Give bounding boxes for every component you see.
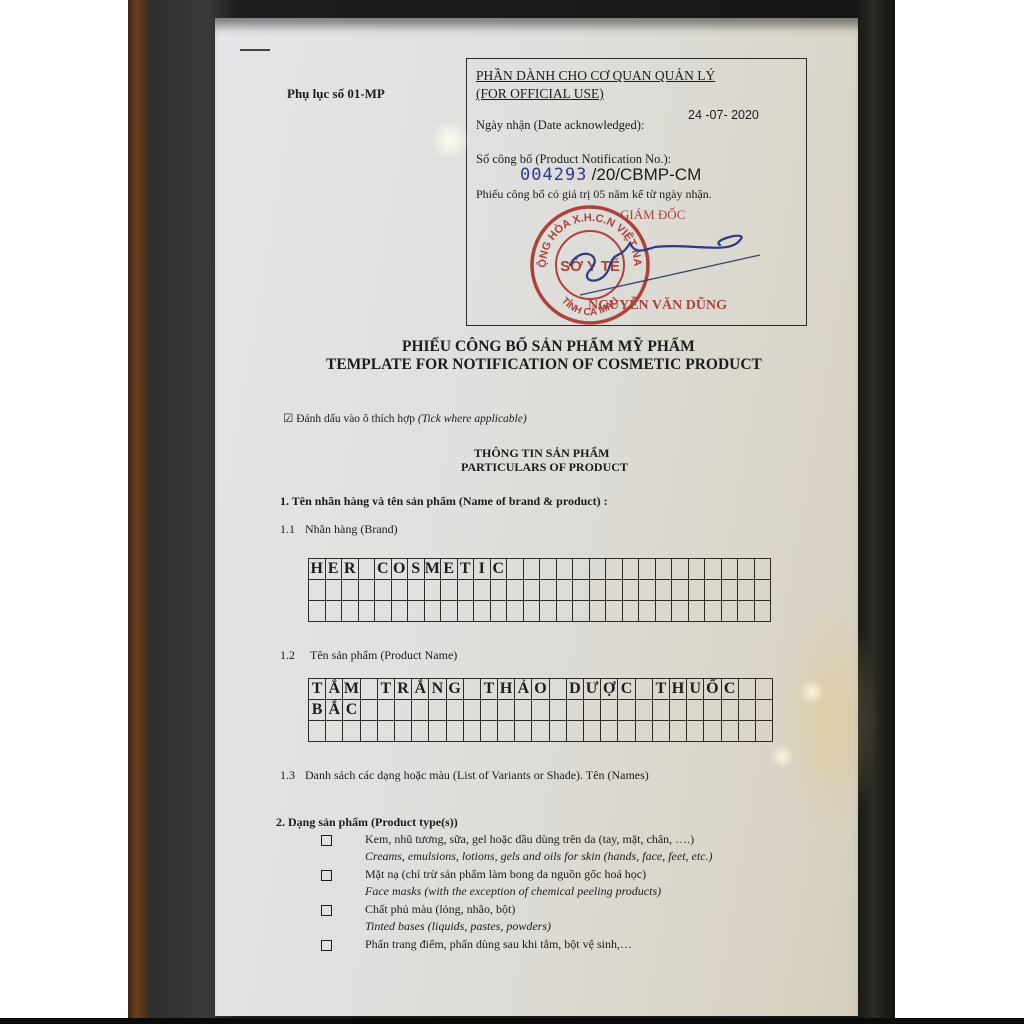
- grid-cell[interactable]: R: [342, 559, 359, 580]
- grid-cell[interactable]: [498, 700, 515, 721]
- grid-cell[interactable]: [480, 700, 497, 721]
- grid-cell[interactable]: [358, 601, 375, 622]
- grid-cell[interactable]: [705, 580, 722, 601]
- grid-cell[interactable]: B: [309, 700, 326, 721]
- grid-cell[interactable]: [622, 601, 639, 622]
- grid-cell[interactable]: [566, 700, 583, 721]
- grid-cell[interactable]: Ợ: [601, 679, 618, 700]
- bottom-border: [0, 1018, 1024, 1024]
- grid-cell[interactable]: [408, 580, 425, 601]
- grid-cell[interactable]: [754, 601, 771, 622]
- grid-cell[interactable]: C: [343, 700, 360, 721]
- grid-cell[interactable]: [704, 700, 721, 721]
- grid-cell[interactable]: M: [343, 679, 360, 700]
- grid-cell[interactable]: [490, 580, 507, 601]
- grid-cell[interactable]: Ắ: [326, 679, 343, 700]
- grid-cell[interactable]: R: [394, 679, 411, 700]
- grid-cell[interactable]: [429, 700, 446, 721]
- product-type-label-vi: Kem, nhũ tương, sữa, gel hoặc dầu dùng t…: [365, 832, 694, 847]
- grid-cell[interactable]: [391, 580, 408, 601]
- grid-cell[interactable]: [343, 721, 360, 742]
- grid-cell[interactable]: [687, 721, 704, 742]
- grid-cell[interactable]: Ắ: [326, 700, 343, 721]
- grid-cell[interactable]: Ắ: [412, 679, 429, 700]
- grid-cell[interactable]: C: [490, 559, 507, 580]
- grid-cell[interactable]: H: [498, 679, 515, 700]
- grid-cell[interactable]: [532, 700, 549, 721]
- grid-cell[interactable]: [652, 700, 669, 721]
- grid-cell[interactable]: [601, 700, 618, 721]
- grid-cell[interactable]: [556, 559, 573, 580]
- grid-cell[interactable]: [669, 721, 686, 742]
- grid-cell[interactable]: [755, 679, 772, 700]
- grid-cell[interactable]: [325, 580, 342, 601]
- official-heading-en: (FOR OFFICIAL USE): [476, 86, 604, 102]
- grid-cell[interactable]: [441, 580, 458, 601]
- grid-cell[interactable]: Ả: [515, 679, 532, 700]
- grid-cell[interactable]: [589, 601, 606, 622]
- grid-cell[interactable]: [532, 721, 549, 742]
- grid-cell[interactable]: [738, 721, 755, 742]
- grid-cell[interactable]: [704, 721, 721, 742]
- grid-cell[interactable]: O: [532, 679, 549, 700]
- grid-cell[interactable]: [738, 700, 755, 721]
- grid-cell[interactable]: T: [309, 679, 326, 700]
- title-en: TEMPLATE FOR NOTIFICATION OF COSMETIC PR…: [326, 356, 762, 374]
- official-heading-vi: PHẦN DÀNH CHO CƠ QUAN QUẢN LÝ: [476, 68, 715, 84]
- product-type-label-en: Face masks (with the exception of chemic…: [365, 884, 661, 899]
- product-type-label-en: Creams, emulsions, lotions, gels and oil…: [365, 849, 713, 864]
- tick-instruction: ☑ Đánh dấu vào ô thích hợp (Tick where a…: [283, 411, 527, 425]
- grid-cell[interactable]: [490, 601, 507, 622]
- grid-cell[interactable]: [523, 559, 540, 580]
- header-dash: [240, 49, 270, 51]
- grid-cell[interactable]: [655, 601, 672, 622]
- grid-cell[interactable]: U: [687, 679, 704, 700]
- grid-cell[interactable]: H: [309, 559, 326, 580]
- grid-cell[interactable]: [540, 580, 557, 601]
- grid-cell[interactable]: [424, 580, 441, 601]
- grid-cell[interactable]: Ố: [704, 679, 721, 700]
- grid-row: [309, 601, 771, 622]
- grid-cell[interactable]: [754, 580, 771, 601]
- grid-cell[interactable]: [606, 559, 623, 580]
- tick-instruction-vi: Đánh dấu vào ô thích hợp: [296, 413, 415, 425]
- variants-label-number: 1.3: [280, 768, 295, 783]
- grid-cell[interactable]: [556, 580, 573, 601]
- grid-cell[interactable]: [672, 601, 689, 622]
- grid-cell[interactable]: [639, 580, 656, 601]
- grid-cell[interactable]: I: [474, 559, 491, 580]
- grid-cell[interactable]: [480, 721, 497, 742]
- grid-cell[interactable]: [326, 721, 343, 742]
- grid-cell[interactable]: [360, 679, 377, 700]
- grid-cell[interactable]: [446, 700, 463, 721]
- grid-cell[interactable]: H: [669, 679, 686, 700]
- grid-cell[interactable]: [635, 721, 652, 742]
- product-type-label-vi: Chất phủ màu (lỏng, nhão, bột): [365, 902, 515, 917]
- grid-cell[interactable]: [549, 721, 566, 742]
- grid-cell[interactable]: [635, 679, 652, 700]
- grid-cell[interactable]: M: [424, 559, 441, 580]
- grid-row: [309, 580, 771, 601]
- grid-cell[interactable]: [325, 601, 342, 622]
- grid-cell[interactable]: [441, 601, 458, 622]
- grid-cell[interactable]: [408, 601, 425, 622]
- grid-cell[interactable]: [589, 580, 606, 601]
- grid-cell[interactable]: [622, 580, 639, 601]
- grid-cell[interactable]: Ư: [584, 679, 601, 700]
- grid-cell[interactable]: S: [408, 559, 425, 580]
- grid-cell[interactable]: [688, 601, 705, 622]
- variants-label: Danh sách các dạng hoặc màu (List of Var…: [305, 768, 649, 783]
- grid-cell[interactable]: [556, 601, 573, 622]
- grid-cell[interactable]: [358, 580, 375, 601]
- grid-cell[interactable]: [507, 580, 524, 601]
- grid-cell[interactable]: N: [429, 679, 446, 700]
- signature: [560, 225, 800, 305]
- grid-cell[interactable]: [705, 559, 722, 580]
- product-type-checkbox[interactable]: [321, 940, 332, 951]
- grid-cell[interactable]: C: [618, 679, 635, 700]
- grid-cell[interactable]: G: [446, 679, 463, 700]
- grid-cell[interactable]: C: [721, 679, 738, 700]
- grid-cell[interactable]: [360, 721, 377, 742]
- grid-cell[interactable]: [474, 580, 491, 601]
- grid-cell[interactable]: [721, 601, 738, 622]
- grid-cell[interactable]: [754, 559, 771, 580]
- grid-cell[interactable]: [463, 721, 480, 742]
- product-type-label-vi: Mặt nạ (chỉ trừ sản phẩm làm bong da ngu…: [365, 867, 646, 882]
- grid-cell[interactable]: C: [375, 559, 392, 580]
- grid-cell[interactable]: [601, 721, 618, 742]
- grid-cell[interactable]: [498, 721, 515, 742]
- grid-cell[interactable]: [391, 601, 408, 622]
- grid-cell[interactable]: [622, 559, 639, 580]
- grid-cell[interactable]: [606, 580, 623, 601]
- grid-cell[interactable]: [584, 721, 601, 742]
- grid-cell[interactable]: [721, 721, 738, 742]
- grid-cell[interactable]: [429, 721, 446, 742]
- grid-cell[interactable]: [738, 559, 755, 580]
- grid-row: TẮMTRẮNGTHẢODƯỢCTHUỐC: [309, 679, 773, 700]
- grid-row: BẮC: [309, 700, 773, 721]
- particulars-heading-en: PARTICULARS OF PRODUCT: [461, 460, 628, 475]
- grid-cell[interactable]: [738, 679, 755, 700]
- grid-cell[interactable]: [412, 700, 429, 721]
- grid-cell[interactable]: [507, 601, 524, 622]
- particulars-heading-vi: THÔNG TIN SẢN PHẨM: [474, 446, 609, 461]
- notification-number: 004293 /20/CBMP-CM: [520, 165, 701, 185]
- grid-cell[interactable]: [412, 721, 429, 742]
- appendix-label: Phụ lục số 01-MP: [287, 86, 385, 102]
- grid-cell[interactable]: [672, 559, 689, 580]
- grid-cell[interactable]: [540, 559, 557, 580]
- grid-cell[interactable]: [618, 700, 635, 721]
- notification-number-suffix: /20/CBMP-CM: [592, 165, 702, 184]
- grid-cell[interactable]: [738, 580, 755, 601]
- grid-cell[interactable]: [515, 721, 532, 742]
- grid-cell[interactable]: [573, 580, 590, 601]
- grid-cell[interactable]: [573, 601, 590, 622]
- grid-cell[interactable]: [721, 700, 738, 721]
- section-1-heading: 1. Tên nhãn hàng và tên sản phẩm (Name o…: [280, 494, 608, 509]
- product-type-label-vi: Phấn trang điểm, phấn dùng sau khi tắm, …: [365, 937, 632, 952]
- grid-cell[interactable]: [688, 559, 705, 580]
- validity-note: Phiếu công bố có giá trị 05 năm kể từ ng…: [476, 187, 712, 202]
- grid-cell[interactable]: [549, 679, 566, 700]
- grid-cell[interactable]: [457, 580, 474, 601]
- grid-cell[interactable]: E: [441, 559, 458, 580]
- grid-cell[interactable]: [463, 679, 480, 700]
- grid-cell[interactable]: [424, 601, 441, 622]
- grid-cell[interactable]: T: [377, 679, 394, 700]
- grid-cell[interactable]: [309, 601, 326, 622]
- grid-cell[interactable]: [463, 700, 480, 721]
- product-type-checkbox[interactable]: [321, 905, 332, 916]
- grid-cell[interactable]: [394, 700, 411, 721]
- grid-cell[interactable]: [573, 559, 590, 580]
- product-name-label: Tên sản phẩm (Product Name): [310, 648, 457, 663]
- grid-cell[interactable]: [446, 721, 463, 742]
- grid-cell[interactable]: [309, 721, 326, 742]
- grid-cell[interactable]: [652, 721, 669, 742]
- grid-cell[interactable]: [474, 601, 491, 622]
- grid-row: HERCOSMETIC: [309, 559, 771, 580]
- grid-cell[interactable]: [358, 559, 375, 580]
- grid-cell[interactable]: [566, 721, 583, 742]
- grid-cell[interactable]: [515, 700, 532, 721]
- grid-cell[interactable]: [755, 700, 772, 721]
- grid-cell[interactable]: [457, 601, 474, 622]
- product-name-input-grid[interactable]: TẮMTRẮNGTHẢODƯỢCTHUỐCBẮC: [308, 678, 773, 742]
- grid-cell[interactable]: [540, 601, 557, 622]
- grid-cell[interactable]: [721, 580, 738, 601]
- product-type-checkbox[interactable]: [321, 835, 332, 846]
- brand-label: Nhãn hàng (Brand): [305, 522, 398, 537]
- grid-cell[interactable]: [721, 559, 738, 580]
- grid-cell[interactable]: [584, 700, 601, 721]
- grid-cell[interactable]: [755, 721, 772, 742]
- grid-cell[interactable]: [523, 601, 540, 622]
- grid-cell[interactable]: [687, 700, 704, 721]
- product-type-label-en: Tinted bases (liquids, pastes, powders): [365, 919, 551, 934]
- grid-cell[interactable]: [360, 700, 377, 721]
- grid-cell[interactable]: [589, 559, 606, 580]
- grid-cell[interactable]: [635, 700, 652, 721]
- grid-cell[interactable]: [309, 580, 326, 601]
- grid-cell[interactable]: [639, 601, 656, 622]
- grid-cell[interactable]: [375, 580, 392, 601]
- brand-label-number: 1.1: [280, 522, 295, 537]
- notification-number-value: 004293: [520, 165, 587, 185]
- grid-cell[interactable]: [523, 580, 540, 601]
- grid-cell[interactable]: [672, 580, 689, 601]
- grid-cell[interactable]: [549, 700, 566, 721]
- grid-cell[interactable]: T: [457, 559, 474, 580]
- date-acknowledged-value: 24 -07- 2020: [688, 108, 759, 122]
- grid-cell[interactable]: T: [652, 679, 669, 700]
- grid-cell[interactable]: [342, 580, 359, 601]
- grid-cell[interactable]: D: [566, 679, 583, 700]
- grid-cell[interactable]: [705, 601, 722, 622]
- brand-input-grid[interactable]: HERCOSMETIC: [308, 558, 771, 622]
- title-vi: PHIẾU CÔNG BỐ SẢN PHẨM MỸ PHẨM: [402, 338, 695, 356]
- tick-instruction-en: (Tick where applicable): [418, 413, 527, 425]
- section-2-heading: 2. Dạng sản phẩm (Product type(s)): [276, 815, 458, 830]
- grid-cell[interactable]: O: [391, 559, 408, 580]
- grid-cell[interactable]: [342, 601, 359, 622]
- product-type-checkbox[interactable]: [321, 870, 332, 881]
- checked-box-icon: ☑: [283, 413, 293, 425]
- picture-frame-right-edge: [858, 0, 895, 1018]
- date-acknowledged-label: Ngày nhận (Date acknowledged):: [476, 118, 644, 133]
- wooden-background: [128, 0, 148, 1018]
- grid-cell[interactable]: [618, 721, 635, 742]
- grid-cell[interactable]: [655, 559, 672, 580]
- grid-cell[interactable]: E: [325, 559, 342, 580]
- product-label-number: 1.2: [280, 648, 295, 663]
- grid-cell[interactable]: T: [480, 679, 497, 700]
- grid-cell[interactable]: [688, 580, 705, 601]
- grid-cell[interactable]: [507, 559, 524, 580]
- grid-cell[interactable]: [639, 559, 656, 580]
- grid-cell[interactable]: [377, 721, 394, 742]
- grid-cell[interactable]: [606, 601, 623, 622]
- grid-row: [309, 721, 773, 742]
- grid-cell[interactable]: [738, 601, 755, 622]
- grid-cell[interactable]: [377, 700, 394, 721]
- grid-cell[interactable]: [655, 580, 672, 601]
- grid-cell[interactable]: [375, 601, 392, 622]
- grid-cell[interactable]: [669, 700, 686, 721]
- grid-cell[interactable]: [394, 721, 411, 742]
